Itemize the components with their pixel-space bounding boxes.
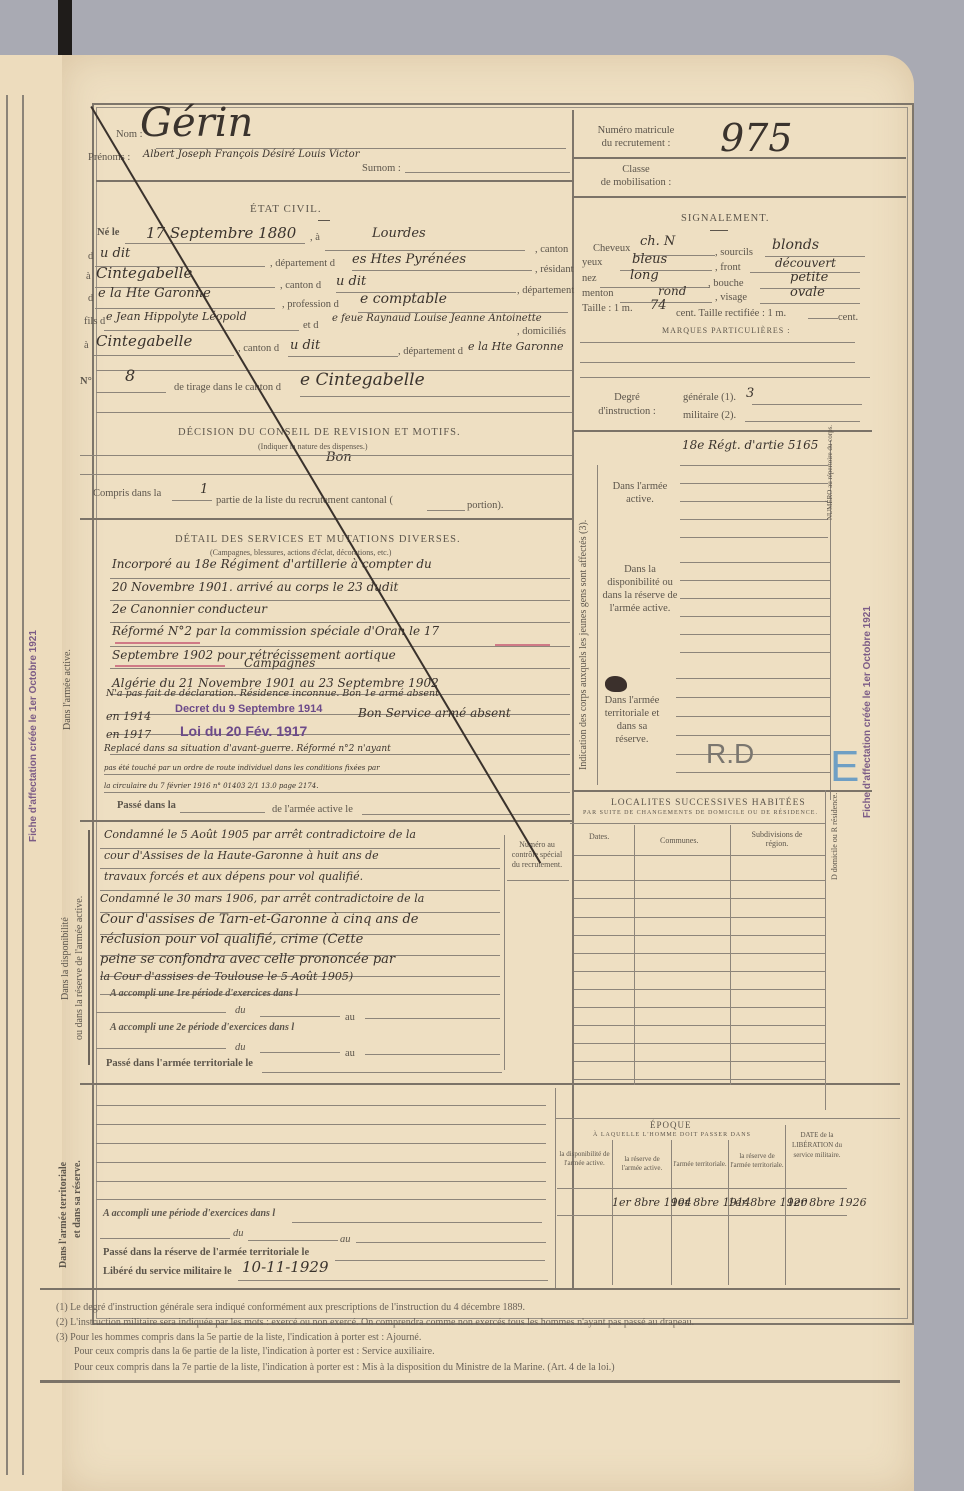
- d-label: d: [88, 251, 93, 262]
- birth-place: Lourdes: [372, 226, 426, 241]
- territoriale-du-label: du: [233, 1228, 244, 1239]
- services-title: DÉTAIL DES SERVICES ET MUTATIONS DIVERSE…: [175, 534, 461, 545]
- blue-e-mark: E: [830, 745, 859, 789]
- bouche-label: , bouche: [708, 278, 744, 289]
- partie-value: 1: [200, 482, 208, 497]
- marques-label: MARQUES PARTICULIÈRES :: [662, 326, 790, 335]
- passe-reserve-label: Passé dans la réserve de l'armée territo…: [103, 1247, 309, 1258]
- canton3-label: , canton d: [238, 343, 279, 354]
- d2-label: d: [88, 293, 93, 304]
- nez-value: long: [630, 268, 659, 283]
- stamp-decret: Decret du 9 Septembre 1914: [175, 703, 322, 715]
- localites-col-dates: Dates.: [589, 832, 609, 841]
- affectation-active-value: 18e Régt. d'artie 5165: [682, 438, 818, 452]
- cent-label: cent.: [838, 312, 858, 323]
- dispo-line: travaux forcés et aux dépens pour vol qu…: [104, 870, 363, 883]
- a3-label: à: [84, 340, 89, 351]
- territoriale-periode-label: A accompli une période d'exercices dans …: [103, 1208, 275, 1219]
- localites-side-label: D domicile ou R résidence.: [830, 820, 839, 880]
- canton-label: , canton: [535, 244, 568, 255]
- affectation-dispo-label: Dans la disponibilité ou dans la réserve…: [599, 563, 681, 615]
- yeux-value: bleus: [632, 252, 667, 267]
- etat-civil-title: ÉTAT CIVIL.: [250, 203, 322, 215]
- periode1-label: A accompli une 1re période d'exercices d…: [110, 988, 298, 999]
- service-line-stamp-suffix: Bon Service armé absent: [358, 706, 511, 720]
- dispo-line: cour d'Assises de la Haute-Garonne à hui…: [104, 849, 379, 862]
- dispo-side-label-1: Dans la disponibilité: [60, 917, 71, 1000]
- fils-label: fils d: [84, 316, 105, 327]
- ne-le-label: Né le: [97, 227, 119, 238]
- territoriale-side-label-1: Dans l'armée territoriale: [58, 1162, 69, 1268]
- departement-label: , département d: [270, 258, 335, 269]
- rd-annotation: R.D: [706, 738, 754, 770]
- fiche-affectation-stamp-left: Fiche d'affectation créée le 1er Octobre…: [28, 630, 39, 842]
- decision-value: Bon: [326, 450, 352, 465]
- birth-canton: u dit: [100, 246, 130, 261]
- epoque-col-liberation: DATE de la LIBÉRATION du service militai…: [788, 1130, 846, 1160]
- stamp-loi: Loi du 20 Fév. 1917: [180, 723, 307, 739]
- compris-suffix: partie de la liste du recrutement canton…: [216, 495, 393, 506]
- service-line: Réformé N°2 par la commission spéciale d…: [112, 624, 439, 638]
- liberation-date: 10-11-1929: [242, 1258, 328, 1276]
- service-line: N'a pas fait de déclaration. Résidence i…: [106, 688, 439, 699]
- residence-departement: e la Hte Garonne: [98, 286, 211, 301]
- matricule-label: Numéro matriculedu recrutement :: [586, 124, 686, 150]
- dispo-line: peine se confondra avec celle prononcée …: [100, 952, 395, 967]
- du-label: du: [235, 1042, 246, 1053]
- epoque-subtitle: À LAQUELLE L'HOMME DOIT PASSER DANS: [593, 1132, 751, 1138]
- taille-rectifiee-label: cent. Taille rectifiée : 1 m.: [676, 308, 786, 319]
- footnote: (3) Pour les hommes compris dans la 5e p…: [56, 1332, 421, 1343]
- cheveux-value: ch. N: [640, 234, 675, 249]
- residence-canton: u dit: [336, 274, 366, 289]
- services-subtitle: (Campagnes, blessures, actions d'éclat, …: [210, 548, 391, 557]
- dispo-line: Condamné le 5 Août 1905 par arrêt contra…: [104, 828, 416, 841]
- epoque-col: la disponibilité de l'armée active.: [557, 1150, 612, 1168]
- profession-label: , profession d: [282, 299, 339, 310]
- service-line: Incorporé au 18e Régiment d'artillerie à…: [112, 557, 432, 571]
- epoque-title: ÉPOQUE: [650, 1120, 692, 1130]
- fiche-affectation-stamp: Fiche d'affectation créée le 1er Octobre…: [862, 606, 873, 818]
- passe-territoriale-label: Passé dans l'armée territoriale le: [106, 1058, 253, 1069]
- localites-title: LOCALITES SUCCESSIVES HABITÉES: [611, 798, 806, 808]
- prenoms-value: Albert Joseph François Désiré Louis Vict…: [143, 149, 359, 160]
- domicilies-label: , domiciliés: [517, 326, 566, 337]
- mother-name: e feue Raynaud Louise Jeanne Antoinette: [332, 313, 542, 324]
- departement3-label: , département d: [398, 346, 463, 357]
- affectations-side-label: Indication des corps auxquels les jeunes…: [578, 520, 589, 770]
- footnote: Pour ceux compris dans la 6e partie de l…: [74, 1346, 435, 1357]
- tirage-number: 8: [125, 366, 135, 385]
- libere-label: Libéré du service militaire le: [103, 1266, 232, 1277]
- instruction-generale-value: 3: [746, 386, 754, 401]
- localites-col-subdivisions: Subdivisions de région.: [742, 830, 812, 848]
- parents-departement: e la Hte Garonne: [468, 340, 564, 353]
- dispo-line: la Cour d'assises de Toulouse le 5 Août …: [100, 970, 353, 983]
- cheveux-label: Cheveux: [593, 243, 630, 254]
- epoque-col: l'armée territoriale.: [673, 1160, 727, 1169]
- matricule-number: 975: [720, 116, 793, 160]
- periode2-label: A accompli une 2e période d'exercices da…: [110, 1022, 294, 1033]
- passe-suffix: de l'armée active le: [272, 804, 353, 815]
- ink-blot: [605, 676, 627, 692]
- parents-domicile: Cintegabelle: [96, 332, 192, 350]
- numero-repertoire-label: NUMÉRO au répertoire du corps.: [826, 425, 834, 520]
- taille-value: 74: [650, 298, 667, 313]
- du-label: du: [235, 1005, 246, 1016]
- front-value: découvert: [775, 256, 836, 270]
- service-line: Replacé dans sa situation d'avant-guerre…: [104, 744, 391, 754]
- instruction-generale-label: générale (1).: [683, 392, 736, 403]
- footnote: (2) L'instruction militaire sera indiqué…: [56, 1317, 694, 1328]
- surnom-label: Surnom :: [362, 163, 401, 174]
- yeux-label: yeux: [582, 257, 602, 268]
- footnote: (1) Le degré d'instruction générale sera…: [56, 1302, 525, 1313]
- tirage-no-label: N°: [80, 376, 92, 387]
- nez-label: nez: [582, 273, 597, 284]
- tirage-canton: e Cintegabelle: [300, 370, 425, 390]
- service-line: pas été touché par un ordre de route ind…: [104, 764, 380, 772]
- menton-value: rond: [658, 284, 686, 298]
- classe-label: Classede mobilisation :: [586, 163, 686, 189]
- nom-label: Nom :: [116, 129, 143, 140]
- decision-title: DÉCISION DU CONSEIL DE REVISION ET MOTIF…: [178, 427, 461, 438]
- instruction-label: Degréd'instruction :: [592, 391, 662, 419]
- dispo-line: réclusion pour vol qualifié, crime (Cett…: [100, 932, 363, 947]
- dispo-line: Cour d'assises de Tarn-et-Garonne à cinq…: [100, 912, 419, 927]
- front-label: , front: [715, 262, 741, 273]
- service-line: en 1914: [106, 710, 151, 723]
- dispo-side-label-2: ou dans la réserve de l'armée active.: [74, 896, 85, 1040]
- residence-value: Cintegabelle: [96, 264, 192, 282]
- mere-label: et d: [303, 320, 318, 331]
- nom-value: Gérin: [140, 100, 253, 146]
- sourcils-value: blonds: [772, 237, 819, 253]
- au-label: au: [345, 1012, 355, 1023]
- localites-subtitle: PAR SUITE DE CHANGEMENTS DE DOMICILE OU …: [583, 810, 818, 816]
- instruction-militaire-label: militaire (2).: [683, 410, 736, 421]
- epoque-value-liberation: 1er 8bre 1926: [787, 1196, 867, 1209]
- affectation-active-label: Dans l'armée active.: [605, 480, 675, 506]
- menton-label: menton: [582, 288, 614, 299]
- father-name: e Jean Hippolyte Léopold: [106, 310, 247, 323]
- parents-canton: u dit: [290, 338, 320, 353]
- localites-col-communes: Communes.: [660, 836, 698, 845]
- taille-label: Taille : 1 m.: [582, 303, 633, 314]
- au-label: au: [345, 1048, 355, 1059]
- sourcils-label: , sourcils: [715, 247, 753, 258]
- portion-suffix: portion).: [467, 500, 503, 511]
- footnote: Pour ceux compris dans la 7e partie de l…: [74, 1362, 615, 1373]
- compris-label: Compris dans la: [93, 488, 161, 499]
- service-line: 2e Canonnier conducteur: [112, 602, 267, 616]
- territoriale-side-label-2: et dans sa réserve.: [72, 1160, 83, 1238]
- services-side-label: Dans l'armée active.: [62, 649, 73, 730]
- residant-label: , résidant: [535, 264, 574, 275]
- canton2-label: , canton d: [280, 280, 321, 291]
- birth-departement: es Htes Pyrénées: [352, 252, 466, 267]
- service-line: en 1917: [106, 728, 151, 741]
- dispo-line: Condamné le 30 mars 1906, par arrêt cont…: [100, 892, 424, 905]
- tirage-label: de tirage dans le canton d: [174, 382, 281, 393]
- departement2-label: , département: [517, 285, 574, 296]
- affectation-territoriale-label: Dans l'armée territoriale et dans sa rés…: [599, 694, 665, 746]
- service-line: 20 Novembre 1901. arrivé au corps le 23 …: [112, 580, 398, 594]
- epoque-col: la réserve de l'armée active.: [614, 1155, 670, 1173]
- book-spine-strip: [58, 0, 72, 60]
- a2-label: à: [86, 271, 91, 282]
- passe-label: Passé dans la: [117, 800, 176, 811]
- visage-value: ovale: [790, 285, 825, 300]
- service-line: la circulaire du 7 février 1916 n° 01403…: [104, 782, 318, 790]
- epoque-col: la réserve de l'armée territoriale.: [730, 1152, 784, 1170]
- profession-value: e comptable: [360, 291, 447, 307]
- bouche-value: petite: [790, 270, 828, 285]
- visage-label: , visage: [715, 292, 747, 303]
- birth-place-label: , à: [310, 232, 320, 243]
- territoriale-au-label: au: [340, 1234, 351, 1245]
- signalement-title: SIGNALEMENT.: [681, 213, 770, 224]
- service-line: Campagnes: [244, 656, 315, 670]
